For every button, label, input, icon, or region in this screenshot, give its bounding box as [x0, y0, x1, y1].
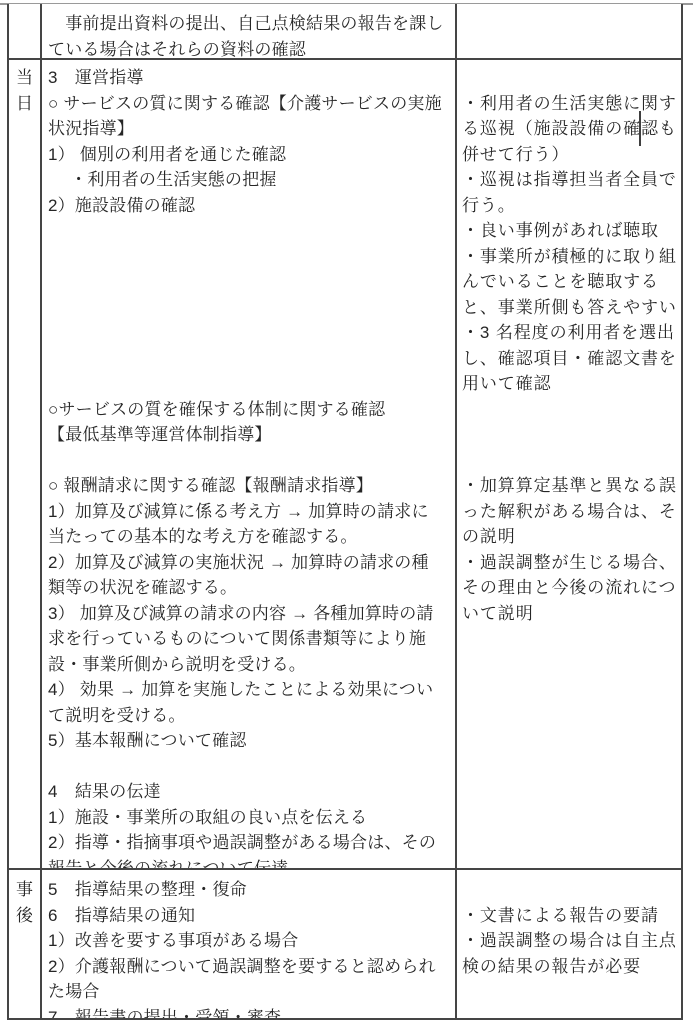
guidance-schedule-table: 事前提出資料の提出、自己点検結果の報告を課している場合はそれらの資料の確認当日3…	[7, 4, 683, 1020]
main-cell: 事前提出資料の提出、自己点検結果の報告を課している場合はそれらの資料の確認	[42, 4, 457, 58]
text-line: 6 指導結果の通知	[42, 903, 455, 929]
text-line: て説明を受ける。	[42, 703, 455, 729]
text-line: 2）介護報酬について過誤調整を要すると認められ	[42, 954, 455, 980]
phase-cell: 当日	[9, 60, 42, 868]
note-line: ・文書による報告の要請	[457, 903, 681, 929]
text-line: 4） 効果 → 加算を実施したことによる効果につい	[42, 677, 455, 703]
text-line: 3 運営指導	[42, 65, 455, 91]
note-line	[457, 397, 681, 423]
text-line: ○ 報酬請求に関する確認【報酬請求指導】	[42, 473, 455, 499]
text-line: 2）指導・指摘事項や過誤調整がある場合は、その	[42, 830, 455, 856]
note-line	[457, 65, 681, 91]
note-line	[457, 877, 681, 903]
text-line	[42, 448, 455, 474]
text-line: 5 指導結果の整理・復命	[42, 877, 455, 903]
note-line: る巡視（施設設備の確認も	[457, 116, 681, 142]
text-line: ・利用者の生活実態の把握	[42, 167, 455, 193]
text-line: 状況指導】	[42, 116, 455, 142]
phase-cell	[9, 4, 42, 58]
text-line: 設・事業所側から説明を受ける。	[42, 652, 455, 678]
text-line: 1）施設・事業所の取組の良い点を伝える	[42, 805, 455, 831]
text-line: 4 結果の伝達	[42, 779, 455, 805]
note-line: し、確認項目・確認文書を	[457, 346, 681, 372]
text-line: ○サービスの質を確保する体制に関する確認	[42, 397, 455, 423]
note-line: その理由と今後の流れにつ	[457, 575, 681, 601]
main-cell: 5 指導結果の整理・復命6 指導結果の通知1）改善を要する事項がある場合2）介護…	[42, 870, 457, 1018]
note-line: ・事業所が積極的に取り組	[457, 244, 681, 270]
note-line: ・加算算定基準と異なる誤	[457, 473, 681, 499]
note-line: ・3 名程度の利用者を選出	[457, 320, 681, 346]
text-line	[42, 295, 455, 321]
note-line: の説明	[457, 524, 681, 550]
note-line: 用いて確認	[457, 371, 681, 397]
text-line: 1）改善を要する事項がある場合	[42, 928, 455, 954]
notes-cell: ・利用者の生活実態に関する巡視（施設設備の確認も併せて行う）・巡視は指導担当者全…	[457, 60, 681, 868]
text-line: 3） 加算及び減算の請求の内容 → 各種加算時の請	[42, 601, 455, 627]
text-line	[42, 218, 455, 244]
text-line: 1）加算及び減算に係る考え方 → 加算時の請求に	[42, 499, 455, 525]
text-line: 求を行っているものについて関係書類等により施	[42, 626, 455, 652]
text-line	[42, 371, 455, 397]
table-row: 事前提出資料の提出、自己点検結果の報告を課している場合はそれらの資料の確認	[9, 4, 681, 60]
text-line: 当たっての基本的な考え方を確認する。	[42, 524, 455, 550]
text-line	[42, 754, 455, 780]
text-line	[42, 244, 455, 270]
note-line: 併せて行う）	[457, 142, 681, 168]
phase-char: 日	[9, 91, 40, 117]
text-line: 7 報告書の提出・受領・審査	[42, 1005, 455, 1019]
note-line: いて説明	[457, 601, 681, 627]
text-line: 類等の状況を確認する。	[42, 575, 455, 601]
text-line: ている場合はそれらの資料の確認	[42, 37, 455, 59]
text-line: 事前提出資料の提出、自己点検結果の報告を課し	[42, 11, 455, 37]
text-line: た場合	[42, 979, 455, 1005]
note-line: 行う。	[457, 193, 681, 219]
note-line: んでいることを聴取する	[457, 269, 681, 295]
note-line: と、事業所側も答えやすい	[457, 295, 681, 321]
note-line: 検の結果の報告が必要	[457, 954, 681, 980]
main-cell: 3 運営指導○ サービスの質に関する確認【介護サービスの実施状況指導】1） 個別…	[42, 60, 457, 868]
note-line: ・過誤調整が生じる場合、	[457, 550, 681, 576]
text-line	[42, 269, 455, 295]
text-cursor-ibeam	[639, 111, 641, 146]
note-line: ・巡視は指導担当者全員で	[457, 167, 681, 193]
text-line	[42, 346, 455, 372]
phase-char: 事	[9, 877, 40, 903]
note-line: ・良い事例があれば聴取	[457, 218, 681, 244]
text-line: ○ サービスの質に関する確認【介護サービスの実施	[42, 91, 455, 117]
notes-cell	[457, 4, 681, 58]
note-line	[457, 422, 681, 448]
note-line: ・利用者の生活実態に関す	[457, 91, 681, 117]
table-row: 事後5 指導結果の整理・復命6 指導結果の通知1）改善を要する事項がある場合2）…	[9, 870, 681, 1018]
text-line: 報告と今後の流れについて伝達。	[42, 856, 455, 869]
text-line: 5）基本報酬について確認	[42, 728, 455, 754]
note-line: った解釈がある場合は、そ	[457, 499, 681, 525]
phase-char: 後	[9, 903, 40, 929]
table-row: 当日3 運営指導○ サービスの質に関する確認【介護サービスの実施状況指導】1） …	[9, 60, 681, 870]
text-line	[42, 320, 455, 346]
phase-cell: 事後	[9, 870, 42, 1018]
text-line: 2）施設設備の確認	[42, 193, 455, 219]
text-line: 【最低基準等運営体制指導】	[42, 422, 455, 448]
note-line: ・過誤調整の場合は自主点	[457, 928, 681, 954]
text-line: 1） 個別の利用者を通じた確認	[42, 142, 455, 168]
note-line	[457, 448, 681, 474]
phase-char: 当	[9, 65, 40, 91]
text-line: 2）加算及び減算の実施状況 → 加算時の請求の種	[42, 550, 455, 576]
notes-cell: ・文書による報告の要請・過誤調整の場合は自主点検の結果の報告が必要	[457, 870, 681, 1018]
